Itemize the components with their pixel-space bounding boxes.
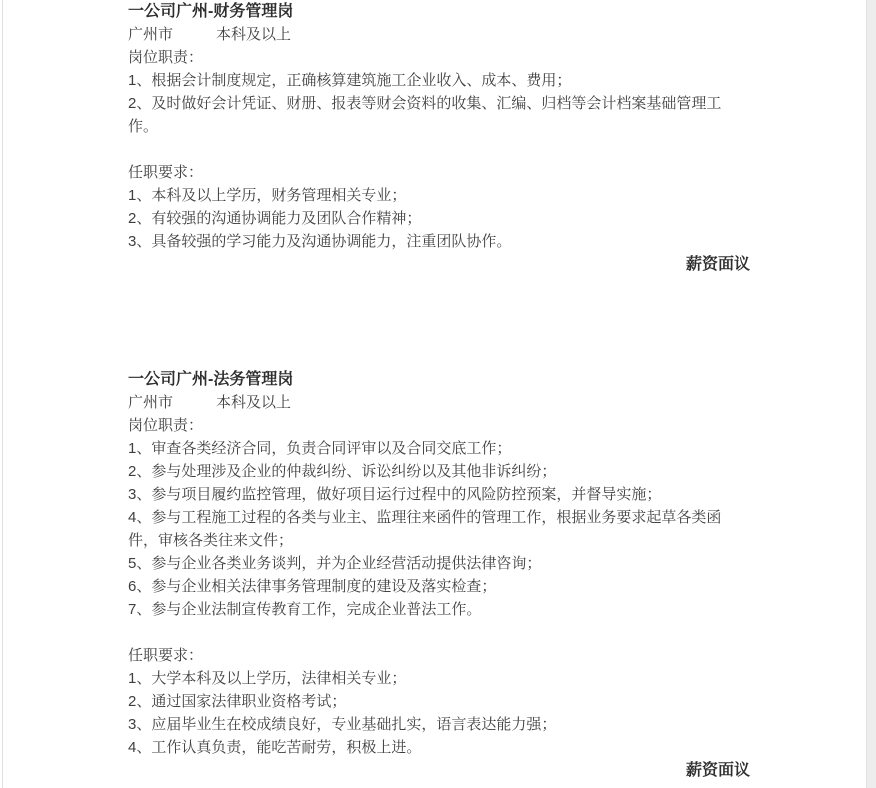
responsibility-item: 3、参与项目履约监控管理，做好项目运行过程中的风险防控预案，并督导实施； xyxy=(128,483,750,506)
requirement-item: 2、有较强的沟通协调能力及团队合作精神； xyxy=(128,207,750,230)
job-meta: 广州市本科及以上 xyxy=(128,23,750,46)
responsibility-item: 4、参与工程施工过程的各类与业主、监理往来函件的管理工作，根据业务要求起草各类函… xyxy=(128,506,750,552)
salary-note: 薪资面议 xyxy=(128,253,750,276)
requirement-item: 2、通过国家法律职业资格考试； xyxy=(128,690,750,713)
requirement-item: 1、大学本科及以上学历，法律相关专业； xyxy=(128,667,750,690)
requirements-label: 任职要求： xyxy=(128,644,750,667)
responsibility-item: 2、参与处理涉及企业的仲裁纠纷、诉讼纠纷以及其他非诉纠纷； xyxy=(128,460,750,483)
job-meta: 广州市本科及以上 xyxy=(128,391,750,414)
job-education: 本科及以上 xyxy=(216,26,291,43)
responsibilities-label: 岗位职责： xyxy=(128,46,750,69)
responsibility-item: 1、根据会计制度规定，正确核算建筑施工企业收入、成本、费用； xyxy=(128,69,750,92)
blank-line xyxy=(128,138,750,161)
requirement-item: 1、本科及以上学历，财务管理相关专业； xyxy=(128,184,750,207)
responsibility-item: 6、参与企业相关法律事务管理制度的建设及落实检查； xyxy=(128,575,750,598)
requirement-item: 3、具备较强的学习能力及沟通协调能力，注重团队协作。 xyxy=(128,230,750,253)
job-city: 广州市 xyxy=(128,394,173,411)
section-gap xyxy=(128,276,750,368)
salary-note: 薪资面议 xyxy=(128,759,750,782)
job-title: 一公司广州-财务管理岗 xyxy=(128,0,750,23)
responsibility-item: 2、及时做好会计凭证、财册、报表等财会资料的收集、汇编、归档等会计档案基础管理工… xyxy=(128,92,750,138)
requirement-item: 3、应届毕业生在校成绩良好，专业基础扎实，语言表达能力强； xyxy=(128,713,750,736)
job-posting-finance: 一公司广州-财务管理岗 广州市本科及以上 岗位职责： 1、根据会计制度规定，正确… xyxy=(128,0,750,276)
job-city: 广州市 xyxy=(128,26,173,43)
page-left-border xyxy=(2,0,3,788)
requirements-label: 任职要求： xyxy=(128,161,750,184)
responsibility-item: 1、审查各类经济合同，负责合同评审以及合同交底工作； xyxy=(128,437,750,460)
blank-line xyxy=(128,621,750,644)
responsibility-item: 5、参与企业各类业务谈判，并为企业经营活动提供法律咨询； xyxy=(128,552,750,575)
job-education: 本科及以上 xyxy=(216,394,291,411)
requirement-item: 4、工作认真负责，能吃苦耐劳，积极上进。 xyxy=(128,736,750,759)
responsibilities-label: 岗位职责： xyxy=(128,414,750,437)
job-posting-legal: 一公司广州-法务管理岗 广州市本科及以上 岗位职责： 1、审查各类经济合同，负责… xyxy=(128,368,750,782)
scrollbar-track[interactable] xyxy=(866,0,876,788)
responsibility-item: 7、参与企业法制宣传教育工作，完成企业普法工作。 xyxy=(128,598,750,621)
job-listings: 一公司广州-财务管理岗 广州市本科及以上 岗位职责： 1、根据会计制度规定，正确… xyxy=(128,0,750,782)
job-title: 一公司广州-法务管理岗 xyxy=(128,368,750,391)
